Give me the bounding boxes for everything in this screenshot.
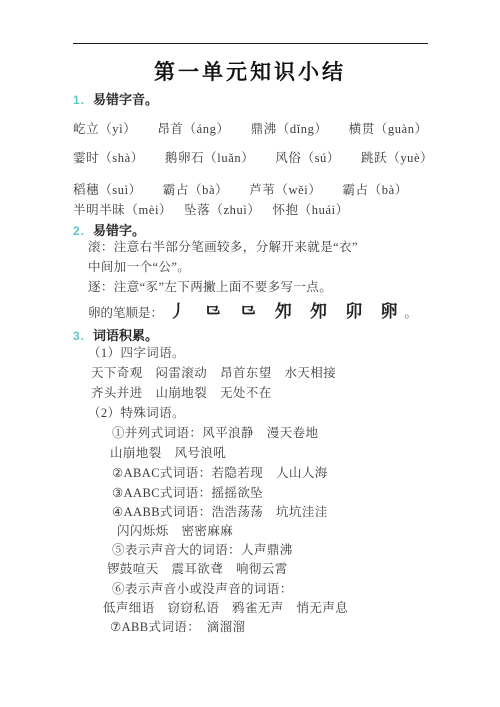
pinyin-word: 霸占（bà）	[163, 180, 228, 198]
pinyin-word: 鹅卵石（luǎn）	[165, 148, 254, 166]
section-2-header: 2. 易错字。	[73, 220, 145, 239]
page-title: 第一单元知识小结	[0, 56, 500, 86]
pinyin-word: 横贯（guàn）	[349, 119, 428, 137]
section-3-header: 3. 词语积累。	[73, 325, 158, 344]
text-line: 逐：注意“豕”左下两撇上面不要多写一点。	[88, 280, 332, 295]
stroke-order-label: 卵的笔顺是：	[88, 303, 163, 321]
list-item: ①并列式词语：风平浪静 漫天卷地	[112, 426, 318, 441]
list-item: ⑤表示声音大的词语：人声鼎沸	[112, 543, 293, 558]
pinyin-row: 屹立（yì） 昂首（áng） 鼎沸（dǐng） 横贯（guàn）	[73, 119, 428, 137]
list-item-continuation: 低声细语 窃窃私语 鸦雀无声 悄无声息	[103, 601, 348, 616]
list-item: ⑦ABB式词语： 滴溜溜	[110, 620, 245, 635]
list-item-continuation: 锣鼓喧天 震耳欲聋 响彻云霄	[107, 562, 288, 577]
list-item: ④AABB式词语：浩浩荡荡 坑坑洼洼	[112, 505, 328, 520]
pinyin-word: 半明半昧（mèi）	[73, 200, 172, 218]
pinyin-word: 霎时（shà）	[73, 148, 144, 166]
list-item-continuation: 山崩地裂 风号浪吼	[110, 446, 226, 461]
stroke-order-glyphs: 丿 ⺋ ⺋ 夘 夘 卯 卵	[169, 297, 405, 322]
list-item: ③AABC式词语：摇摇欲坠	[112, 486, 263, 501]
list-item: ⑥表示声音小或没声音的词语：	[112, 582, 293, 597]
pinyin-row: 霎时（shà） 鹅卵石（luǎn） 风俗（sú） 跳跃（yuè）	[73, 148, 433, 166]
pinyin-word: 稻穗（suì）	[73, 180, 142, 198]
text-line: 滚：注意右半部分笔画较多，分解开来就是“衣”	[88, 240, 358, 255]
section-2-title: 易错字。	[93, 220, 145, 239]
list-item: ②ABAC式词语：若隐若现 人山人海	[112, 466, 328, 481]
pinyin-word: 霸占（bà）	[342, 180, 407, 198]
section-3-number: 3.	[73, 329, 85, 343]
pinyin-word: 鼎沸（dǐng）	[251, 119, 328, 137]
text-line: 中间加一个“公”。	[88, 260, 190, 275]
section-3-title: 词语积累。	[93, 325, 158, 344]
text-line: 齐头并进 山崩地裂 无处不在	[91, 386, 272, 401]
text-line: 天下奇观 闷雷滚动 昂首东望 水天相接	[91, 366, 336, 381]
pinyin-word: 芦苇（wěi）	[249, 180, 321, 198]
section-2-number: 2.	[73, 224, 85, 238]
pinyin-word: 怀抱（huái）	[272, 200, 348, 218]
stroke-order-line: 卵的笔顺是： 丿 ⺋ ⺋ 夘 夘 卯 卵 。	[88, 297, 417, 322]
subsection-label: （2）特殊词语。	[88, 406, 185, 421]
pinyin-word: 昂首（áng）	[157, 119, 229, 137]
pinyin-row: 稻穗（suì） 霸占（bà） 芦苇（wěi） 霸占（bà）	[73, 180, 408, 198]
section-1-title: 易错字音。	[93, 89, 158, 108]
pinyin-row: 半明半昧（mèi） 坠落（zhuì） 怀抱（huái）	[73, 200, 349, 218]
worksheet-page: 第一单元知识小结 1. 易错字音。 屹立（yì） 昂首（áng） 鼎沸（dǐng…	[0, 0, 500, 707]
pinyin-word: 坠落（zhuì）	[184, 200, 260, 218]
list-item-continuation: 闪闪烁烁 密密麻麻	[117, 524, 233, 539]
pinyin-word: 风俗（sú）	[275, 148, 340, 166]
subsection-label: （1）四字词语。	[88, 346, 185, 361]
section-1-number: 1.	[73, 93, 85, 107]
header-rule	[73, 43, 428, 44]
stroke-order-period: 。	[405, 303, 418, 321]
pinyin-word: 跳跃（yuè）	[361, 148, 433, 166]
section-1-header: 1. 易错字音。	[73, 89, 158, 108]
pinyin-word: 屹立（yì）	[73, 119, 136, 137]
